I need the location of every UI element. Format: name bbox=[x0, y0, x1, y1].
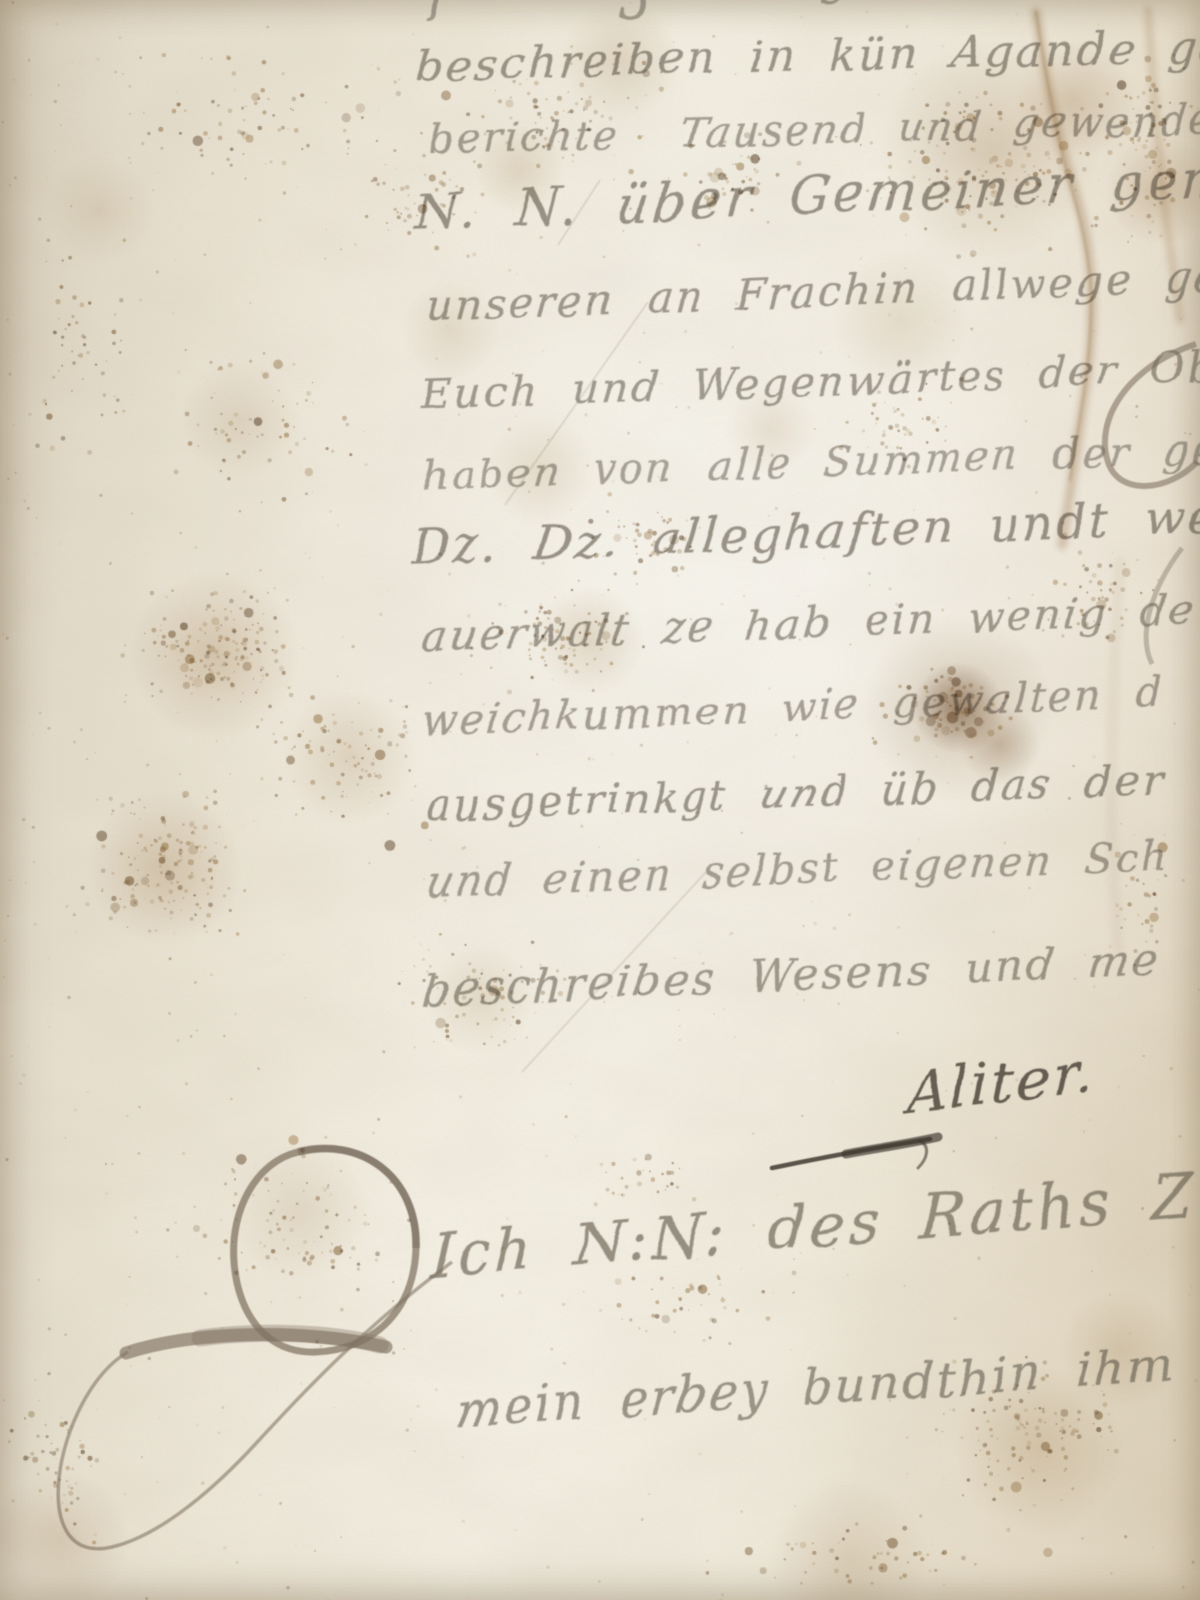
right-edge-flourish bbox=[1105, 344, 1197, 664]
aliter-dash bbox=[772, 1137, 938, 1168]
manuscript-line-fragment: ſ ʒ 9 bbox=[429, 0, 853, 22]
manuscript-line: beschreibes Wesens und me bbox=[420, 935, 1163, 1017]
manuscript-line: weichkummen wie gewalten d bbox=[420, 668, 1165, 745]
calligraphic-flourish-layer bbox=[0, 0, 1200, 1600]
manuscript-line: Dz. Dz. alleghaften undt wel bbox=[411, 488, 1200, 576]
manuscript-photo: ſ ʒ 9 beschreiben in kün Agande ge beric… bbox=[0, 0, 1200, 1600]
manuscript-line: N. N. über Gemeiner gemüess g bbox=[412, 141, 1200, 243]
manuscript-line: berichte Tausend und gewende bbox=[428, 96, 1200, 164]
manuscript-line: auerwalt ze hab ein wenig de bbox=[420, 585, 1199, 661]
surface-scratches bbox=[505, 180, 706, 1072]
aliter-word: Aliter. bbox=[907, 1039, 1095, 1128]
parchment-stains-layer bbox=[0, 0, 1200, 1600]
manuscript-line: ausgetrinkgt und üb das der bbox=[425, 755, 1165, 830]
manuscript-line: haben von alle Summen der ge bbox=[420, 424, 1200, 500]
manuscript-line: beschreiben in kün Agande ge bbox=[414, 22, 1200, 92]
handwriting-layer: ſ ʒ 9 beschreiben in kün Agande ge beric… bbox=[0, 0, 1200, 1600]
manuscript-line: Euch und Wegenwärtes der Ob bbox=[420, 342, 1200, 419]
paper-grain-texture bbox=[0, 0, 1200, 1600]
manuscript-line: und einen selbst eigenen Sch bbox=[425, 832, 1172, 907]
closing-line: Ich N:N: des Raths Zü Nst bbox=[429, 1144, 1200, 1291]
closing-line: mein erbey bundthin ihm he bbox=[455, 1330, 1200, 1438]
large-initial-flourish bbox=[58, 1148, 452, 1548]
manuscript-line: unseren an Frachin allwege ge bbox=[424, 251, 1200, 331]
